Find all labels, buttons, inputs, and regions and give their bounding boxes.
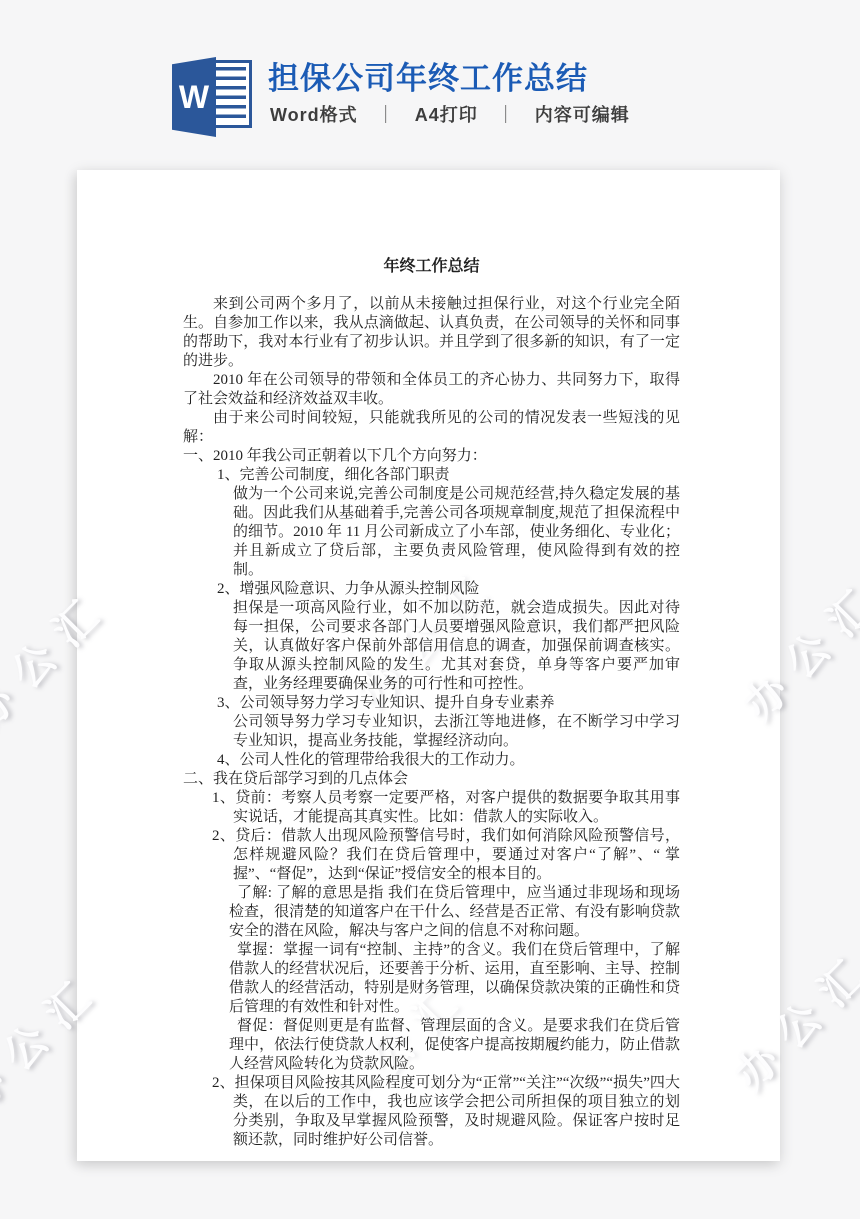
doc-paragraph: 3、公司领导努力学习专业知识、提升自身专业素养 bbox=[217, 694, 680, 713]
doc-paragraph: 做为一个公司来说,完善公司制度是公司规范经营,持久稳定发展的基础。因此我们从基础… bbox=[233, 485, 680, 580]
doc-paragraph: 掌握：掌握一词有“控制、主持”的含义。我们在贷后管理中，了解借款人的经营状况后，… bbox=[229, 941, 680, 1017]
page-title: 担保公司年终工作总结 bbox=[268, 53, 588, 98]
doc-paragraph: 来到公司两个多月了，以前从未接触过担保行业，对这个行业完全陌生。自参加工作以来，… bbox=[183, 295, 680, 371]
doc-paragraph: 2、贷后：借款人出现风险预警信号时，我们如何消除风险预警信号，怎样规避风险？我们… bbox=[233, 827, 680, 884]
document-content: 年终工作总结 来到公司两个多月了，以前从未接触过担保行业，对这个行业完全陌生。自… bbox=[77, 170, 780, 1161]
badge-separator: ｜ bbox=[377, 105, 396, 125]
doc-paragraph: 2、增强风险意识、力争从源头控制风险 bbox=[217, 580, 680, 599]
document-title: 年终工作总结 bbox=[183, 257, 680, 277]
badge-separator: ｜ bbox=[497, 105, 516, 125]
doc-paragraph: 公司领导努力学习专业知识，去浙江等地进修，在不断学习中学习专业知识，提高业务技能… bbox=[233, 713, 680, 751]
header: W 担保公司年终工作总结 Word格式 ｜ A4打印 ｜ 内容可编辑 bbox=[0, 0, 860, 160]
doc-paragraph: 4、公司人性化的管理带给我很大的工作动力。 bbox=[217, 751, 680, 770]
doc-paragraph: 2010 年在公司领导的带领和全体员工的齐心协力、共同努力下，取得了社会效益和经… bbox=[183, 371, 680, 409]
doc-paragraphs: 来到公司两个多月了，以前从未接触过担保行业，对这个行业完全陌生。自参加工作以来，… bbox=[183, 295, 680, 1150]
doc-paragraph: 了解: 了解的意思是指 我们在贷后管理中，应当通过非现场和现场检查，很清楚的知道… bbox=[229, 884, 680, 941]
doc-paragraph: 1、贷前：考察人员考察一定要严格，对客户提供的数据要争取其用事实说话，才能提高其… bbox=[233, 789, 680, 827]
badge-a4-print: A4打印 bbox=[415, 105, 478, 125]
badge-editable: 内容可编辑 bbox=[535, 105, 630, 125]
word-w-icon: W bbox=[172, 57, 216, 137]
doc-paragraph: 督促：督促则更是有监督、管理层面的含义。是要求我们在贷后管理中，依法行使贷款人权… bbox=[229, 1017, 680, 1074]
doc-paragraph: 担保是一项高风险行业，如不加以防范，就会造成损失。因此对待每一担保，公司要求各部… bbox=[233, 599, 680, 694]
doc-paragraph: 一、2010 年我公司正朝着以下几个方向努力： bbox=[183, 447, 680, 466]
badge-word-format: Word格式 bbox=[270, 105, 358, 125]
doc-paragraph: 1、完善公司制度，细化各部门职责 bbox=[217, 466, 680, 485]
doc-paragraph: 2、担保项目风险按其风险程度可划分为“正常”“关注”“次级”“损失”四大类，在以… bbox=[233, 1074, 680, 1150]
doc-paragraph: 二、我在贷后部学习到的几点体会 bbox=[183, 770, 680, 789]
doc-paragraph: 由于来公司时间较短，只能就我所见的公司的情况发表一些短浅的见解： bbox=[183, 409, 680, 447]
format-badges: Word格式 ｜ A4打印 ｜ 内容可编辑 bbox=[270, 101, 630, 127]
word-icon: W bbox=[172, 57, 256, 141]
